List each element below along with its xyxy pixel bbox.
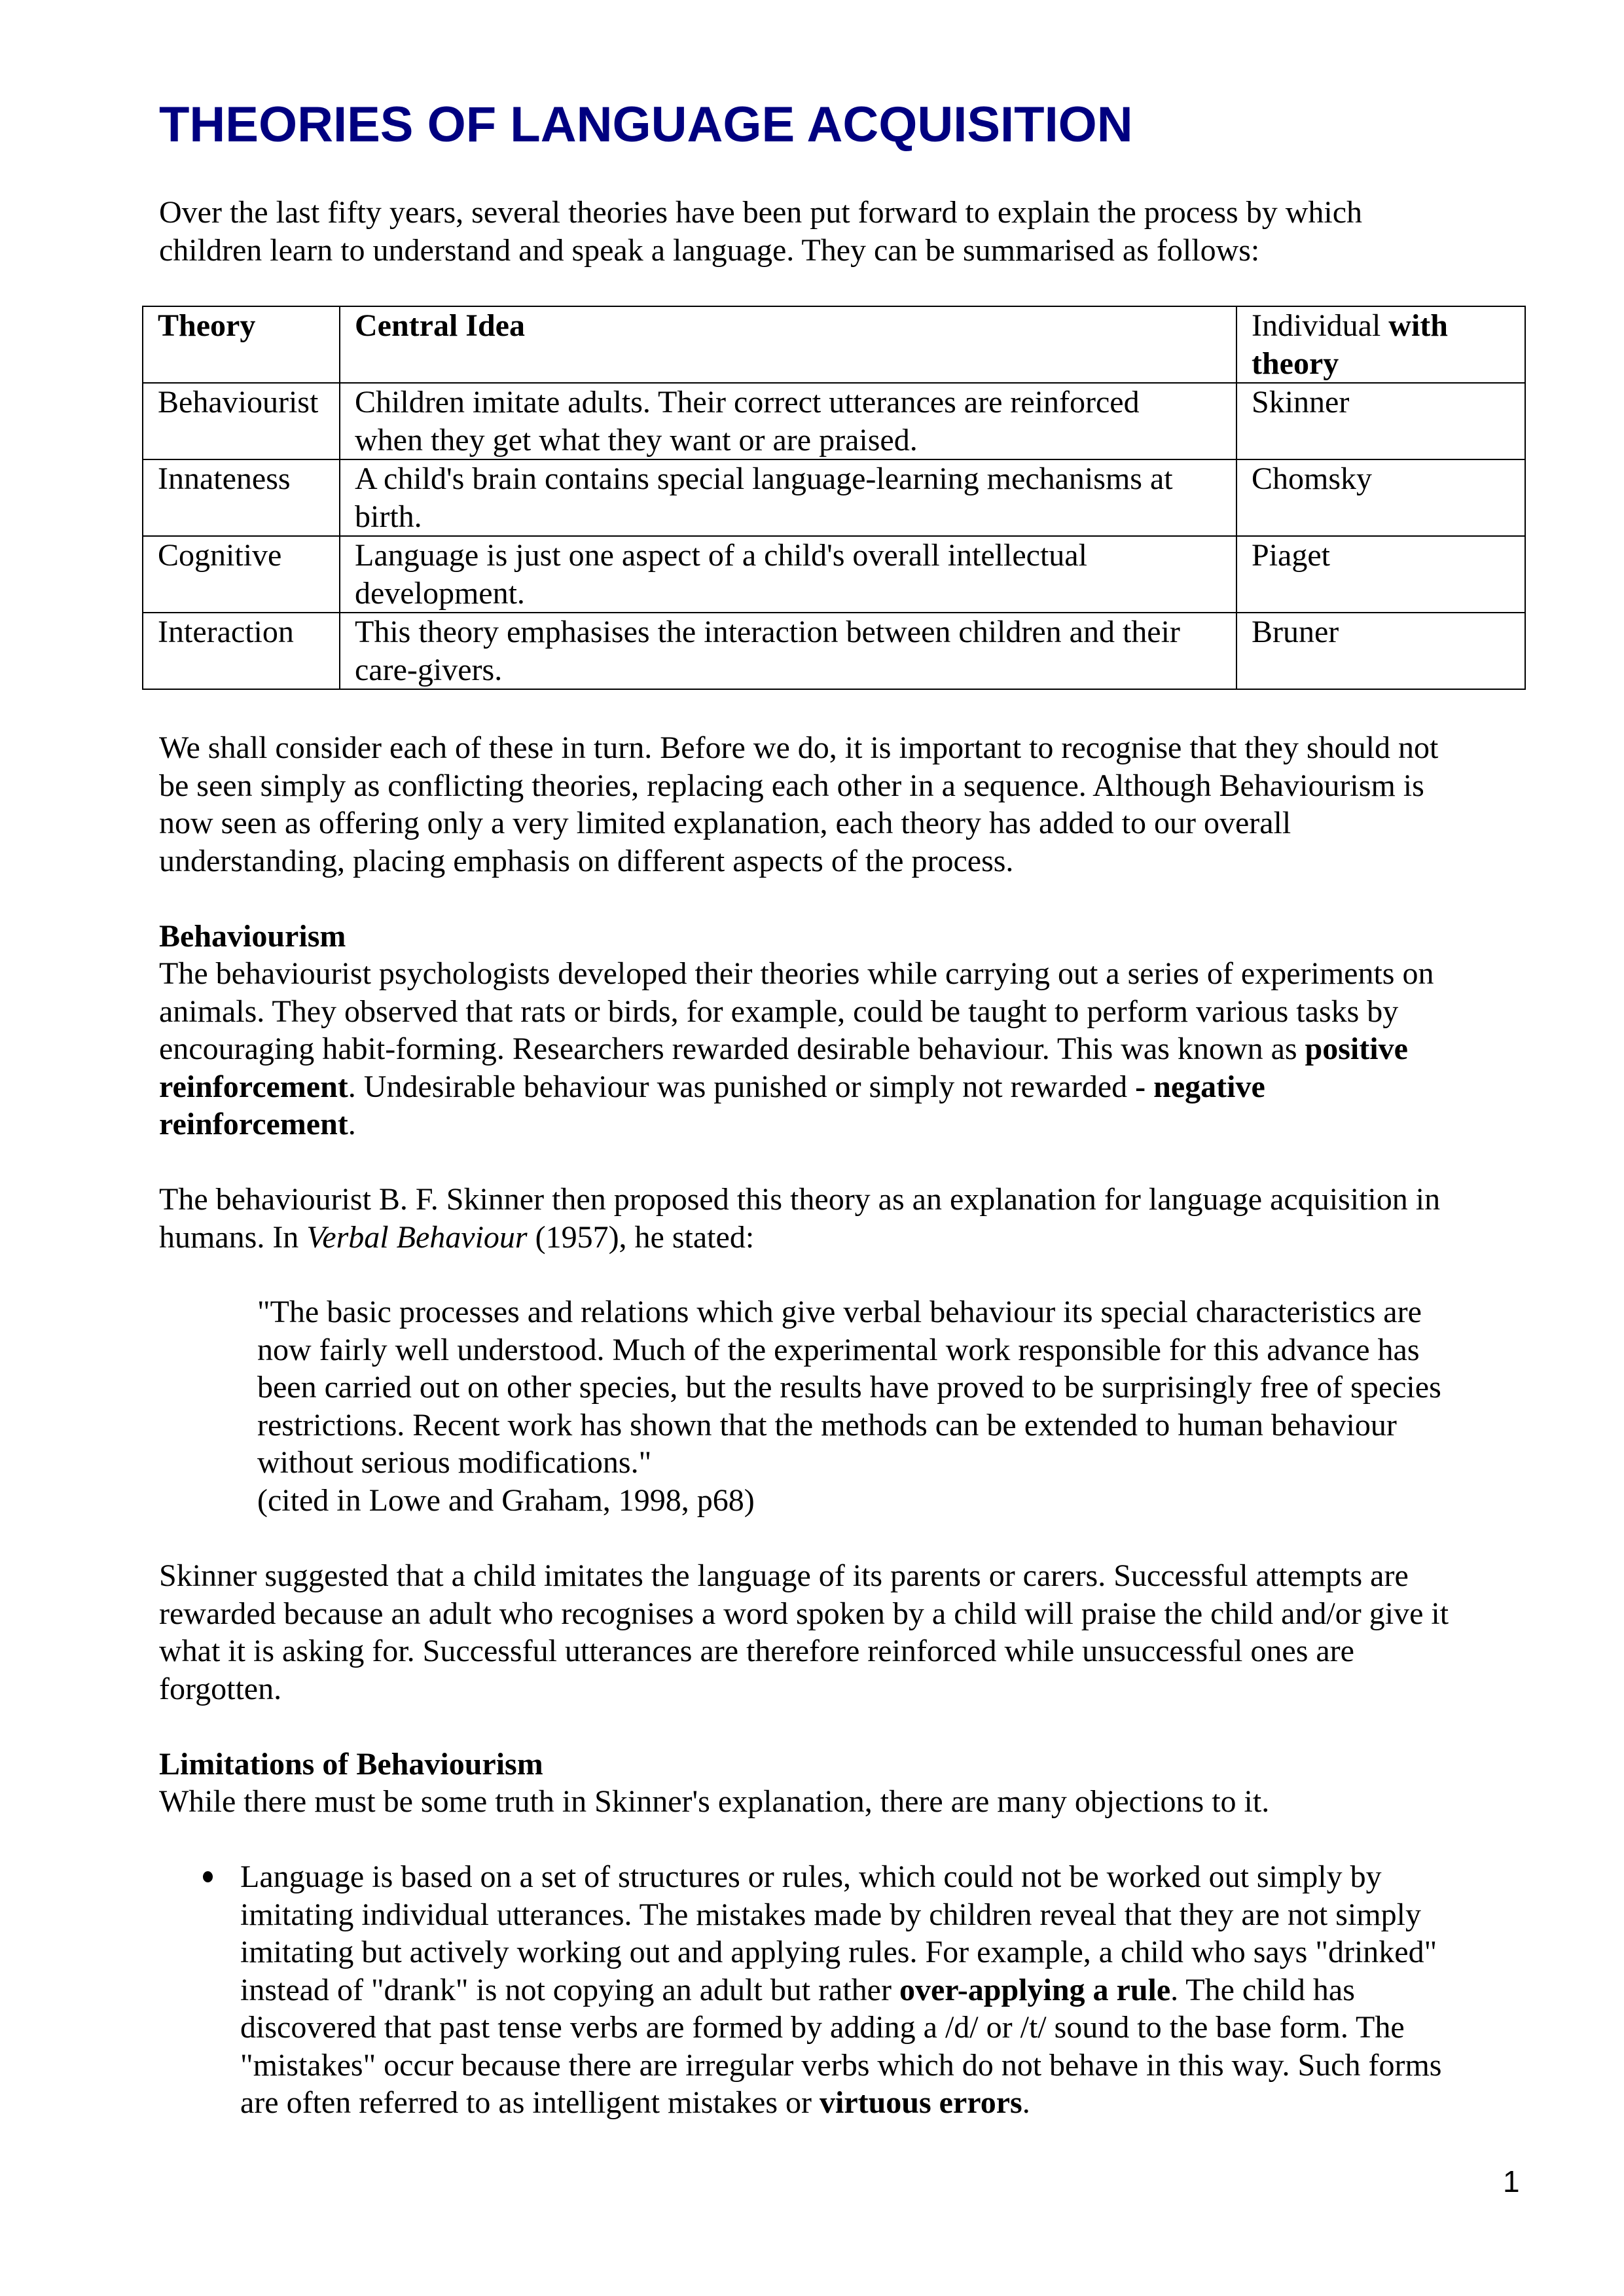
page-title: THEORIES OF LANGUAGE ACQUISITION — [159, 96, 1133, 154]
text-line: understanding, placing emphasis on diffe… — [159, 842, 1440, 880]
text-line: Limitations of Behaviourism — [159, 1746, 1449, 1784]
cell-central-idea: A child's brain contains special languag… — [340, 459, 1236, 536]
cell-individual: Chomsky — [1236, 459, 1525, 536]
header-central-idea: Central Idea — [340, 306, 1236, 383]
text-line: Over the last fifty years, several theor… — [159, 194, 1362, 232]
text-line: without serious modifications." — [257, 1444, 1441, 1482]
text-line: The behaviourist psychologists developed… — [159, 955, 1440, 993]
text-line: Behaviourist — [158, 384, 339, 422]
text-line: restrictions. Recent work has shown that… — [257, 1407, 1441, 1444]
text-line: "mistakes" occur because there are irreg… — [240, 2047, 1441, 2085]
text-line: are often referred to as intelligent mis… — [240, 2084, 1441, 2122]
cell-theory: Innateness — [143, 459, 340, 536]
text-line: Skinner — [1252, 384, 1525, 422]
text-line: care-givers. — [355, 651, 1236, 689]
text-line: We shall consider each of these in turn.… — [159, 729, 1440, 767]
text-line: development. — [355, 575, 1236, 613]
cell-theory: Cognitive — [143, 536, 340, 613]
page-number: 1 — [1503, 2163, 1520, 2200]
text-line — [159, 1708, 1449, 1746]
text-line: Children imitate adults. Their correct u… — [355, 384, 1236, 422]
header-theory: Theory — [143, 306, 340, 383]
text-line: Language is just one aspect of a child's… — [355, 537, 1236, 575]
text-line: Cognitive — [158, 537, 339, 575]
text-line: Central Idea — [355, 307, 1236, 345]
text-line: Theory — [158, 307, 339, 345]
cell-central-idea: Language is just one aspect of a child's… — [340, 536, 1236, 613]
text-line — [159, 880, 1440, 918]
text-line: humans. In Verbal Behaviour (1957), he s… — [159, 1219, 1440, 1257]
text-line: Interaction — [158, 613, 339, 651]
text-line: been carried out on other species, but t… — [257, 1369, 1441, 1407]
text-line: birth. — [355, 498, 1236, 536]
table-row: Cognitive Language is just one aspect of… — [143, 536, 1525, 613]
cell-central-idea: This theory emphasises the interaction b… — [340, 613, 1236, 689]
text-line: now seen as offering only a very limited… — [159, 804, 1440, 842]
text-line: The behaviourist B. F. Skinner then prop… — [159, 1181, 1440, 1219]
text-line: discovered that past tense verbs are for… — [240, 2009, 1441, 2047]
skinner-quote: "The basic processes and relations which… — [257, 1293, 1441, 1519]
text-line: While there must be some truth in Skinne… — [159, 1783, 1449, 1821]
text-line: Bruner — [1252, 613, 1525, 651]
text-line: what it is asking for. Successful uttera… — [159, 1632, 1449, 1670]
text-line: Innateness — [158, 460, 339, 498]
bullet-dot-icon — [203, 1871, 213, 1882]
text-line: reinforcement. Undesirable behaviour was… — [159, 1068, 1440, 1106]
table-header-row: Theory Central Idea Individual withtheor… — [143, 306, 1525, 383]
body-section-behaviourism: We shall consider each of these in turn.… — [159, 729, 1440, 1256]
text-line: Skinner suggested that a child imitates … — [159, 1557, 1449, 1595]
text-line: instead of "drank" is not copying an adu… — [240, 1971, 1441, 2009]
table-row: Interaction This theory emphasises the i… — [143, 613, 1525, 689]
theories-table: Theory Central Idea Individual withtheor… — [142, 306, 1526, 690]
text-line: encouraging habit-forming. Researchers r… — [159, 1030, 1440, 1068]
text-line: reinforcement. — [159, 1105, 1440, 1143]
text-line: Individual with — [1252, 307, 1525, 345]
text-line: Language is based on a set of structures… — [240, 1858, 1441, 1896]
text-line: animals. They observed that rats or bird… — [159, 993, 1440, 1031]
cell-individual: Piaget — [1236, 536, 1525, 613]
text-line: rewarded because an adult who recognises… — [159, 1595, 1449, 1633]
text-line: now fairly well understood. Much of the … — [257, 1331, 1441, 1369]
text-line: imitating but actively working out and a… — [240, 1933, 1441, 1971]
document-page: THEORIES OF LANGUAGE ACQUISITION Over th… — [0, 0, 1624, 2296]
table-row: Innateness A child's brain contains spec… — [143, 459, 1525, 536]
cell-theory: Interaction — [143, 613, 340, 689]
text-line: This theory emphasises the interaction b… — [355, 613, 1236, 651]
header-individual: Individual withtheory — [1236, 306, 1525, 383]
bullet-text: Language is based on a set of structures… — [240, 1858, 1441, 2122]
table-row: Behaviourist Children imitate adults. Th… — [143, 383, 1525, 459]
cell-theory: Behaviourist — [143, 383, 340, 459]
text-line: children learn to understand and speak a… — [159, 232, 1362, 270]
text-line: imitating individual utterances. The mis… — [240, 1896, 1441, 1934]
cell-individual: Skinner — [1236, 383, 1525, 459]
body-section-limitations: Skinner suggested that a child imitates … — [159, 1557, 1449, 1821]
text-line: (cited in Lowe and Graham, 1998, p68) — [257, 1482, 1441, 1520]
text-line: when they get what they want or are prai… — [355, 422, 1236, 459]
text-line — [159, 1143, 1440, 1181]
text-line: "The basic processes and relations which… — [257, 1293, 1441, 1331]
cell-individual: Bruner — [1236, 613, 1525, 689]
text-line: theory — [1252, 345, 1525, 383]
text-line: forgotten. — [159, 1670, 1449, 1708]
text-line: Behaviourism — [159, 918, 1440, 956]
text-line: be seen simply as conflicting theories, … — [159, 767, 1440, 805]
text-line: Piaget — [1252, 537, 1525, 575]
cell-central-idea: Children imitate adults. Their correct u… — [340, 383, 1236, 459]
text-line: Chomsky — [1252, 460, 1525, 498]
intro-paragraph: Over the last fifty years, several theor… — [159, 194, 1362, 269]
text-line: A child's brain contains special languag… — [355, 460, 1236, 498]
